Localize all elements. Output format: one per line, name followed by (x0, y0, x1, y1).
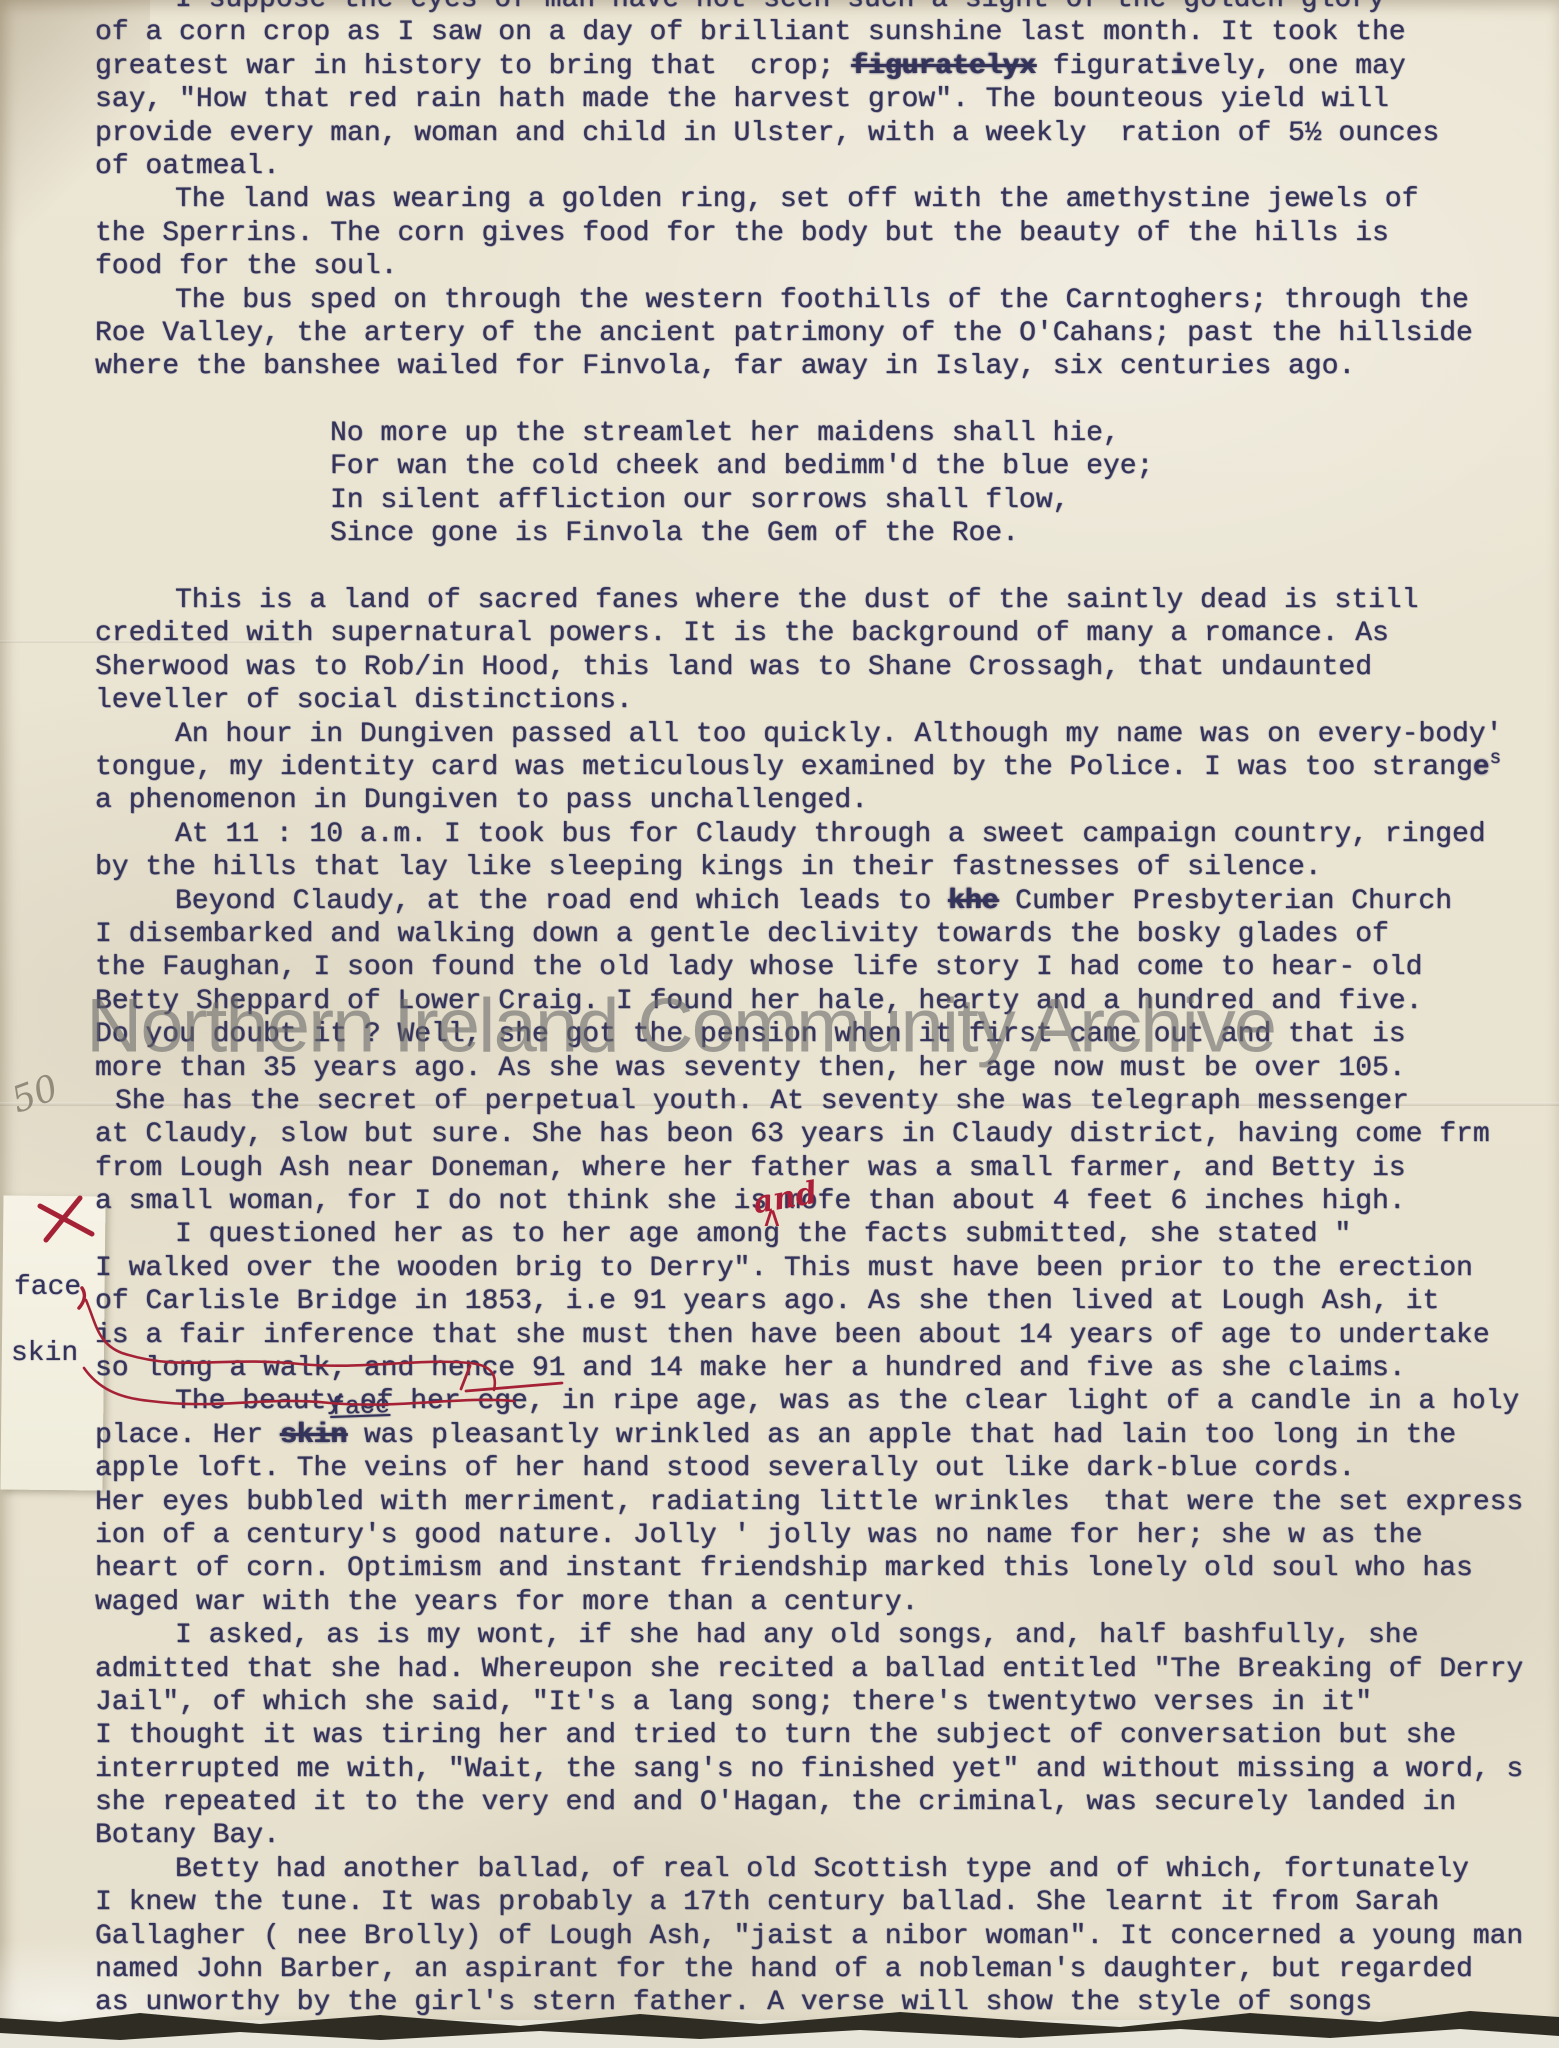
typed-line: Roe Valley, the artery of the ancient pa… (95, 317, 1559, 350)
typed-line: food for the soul. (95, 250, 1559, 283)
typed-text-segment: The bus sped on through the western foot… (175, 285, 1469, 316)
typed-line: apple loft. The veins of her hand stood … (95, 1452, 1559, 1485)
typed-text-segment: Since gone is Finvola the Gem of the Roe… (330, 518, 1019, 549)
typed-text-segment: apple loft. The veins of her hand stood … (95, 1453, 1355, 1484)
typed-line: is a fair inference that she must then h… (95, 1319, 1559, 1352)
typed-line: She has the secret of perpetual youth. A… (95, 1085, 1559, 1118)
typed-text-segment: say, "How that red rain hath made the ha… (95, 84, 1389, 115)
typed-line: by the hills that lay like sleeping king… (95, 851, 1559, 884)
typed-text-segment: ion of a century's good nature. Jolly ' … (95, 1520, 1422, 1551)
typed-line: a small woman, for I do not think she is… (95, 1185, 1559, 1218)
blank-line (95, 384, 1559, 417)
typed-text-segment: ege (477, 1386, 527, 1417)
typed-line: Her eyes bubbled with merriment, radiati… (95, 1486, 1559, 1519)
typed-text-segment: credited with supernatural powers. It is… (95, 618, 1389, 649)
typed-text-segment: was pleasantly wrinkled as an apple that… (347, 1420, 1456, 1451)
typed-text-segment: admitted that she had. Whereupon she rec… (95, 1654, 1523, 1685)
typed-line: credited with supernatural powers. It is… (95, 617, 1559, 650)
typed-text-segment: of Carlisle Bridge in 1853, i.e 91 years… (95, 1286, 1439, 1317)
typed-line: a phenomenon in Dungiven to pass unchall… (95, 784, 1559, 817)
archive-watermark: Northern Ireland Community Archive (86, 981, 1406, 1070)
typed-text-segment: the Sperrins. The corn gives food for th… (95, 218, 1389, 249)
typed-text-segment: In silent affliction our sorrows shall f… (330, 485, 1069, 516)
typed-line: named John Barber, an aspirant for the h… (95, 1953, 1559, 1986)
typed-text-segment: This is a land of sacred fanes where the… (175, 585, 1418, 616)
typed-line: so long a walk, and hence 91 and 14 make… (95, 1352, 1559, 1385)
typed-text-segment: I knew the tune. It was probably a 17th … (95, 1887, 1439, 1918)
typed-text-segment: Roe Valley, the artery of the ancient pa… (95, 318, 1473, 349)
typed-line: Beyond Claudy, at the road end which lea… (95, 885, 1559, 918)
typed-line: I thought it was tiring her and tried to… (95, 1719, 1559, 1752)
margin-note-skin: skin (11, 1338, 78, 1369)
typed-line: The bus sped on through the western foot… (95, 284, 1559, 317)
scanner-background-strip (0, 2020, 1559, 2048)
typed-text-segment: An hour in Dungiven passed all too quick… (175, 719, 1502, 750)
typed-line: say, "How that red rain hath made the ha… (95, 83, 1559, 116)
typed-text-segment: by the hills that lay like sleeping king… (95, 852, 1322, 883)
typed-line: ion of a century's good nature. Jolly ' … (95, 1519, 1559, 1552)
typed-text-segment: s (1490, 747, 1501, 769)
typed-line: where the banshee wailed for Finvola, fa… (95, 350, 1559, 383)
typed-text-segment: figuratelyx (851, 51, 1036, 82)
typed-text-segment: I suppose the eyes of man have not seen … (175, 0, 1385, 15)
typed-text-segment: I walked over the wooden brig to Derry".… (95, 1253, 1473, 1284)
typed-line: Sherwood was to Rob/in Hood, this land w… (95, 651, 1559, 684)
typed-line: place. Her skin was pleasantly wrinkled … (95, 1419, 1559, 1452)
typed-text-segment: The beauty of her (175, 1386, 477, 1417)
typed-line: At 11 : 10 a.m. I took bus for Claudy th… (95, 818, 1559, 851)
margin-note-face: face (14, 1272, 81, 1303)
typed-text-segment: provide every man, woman and child in Ul… (95, 118, 1439, 149)
typed-text-segment: I thought it was tiring her and tried to… (95, 1720, 1456, 1751)
typed-line: No more up the streamlet her maidens sha… (95, 417, 1559, 450)
typed-text-segment: i (1170, 51, 1187, 82)
typed-text-segment: interrupted me with, "Wait, the sang's n… (95, 1754, 1523, 1785)
blank-line (95, 551, 1559, 584)
typed-text-segment: the Faughan, I soon found the old lady w… (95, 952, 1422, 983)
typed-line: she repeated it to the very end and O'Ha… (95, 1786, 1559, 1819)
typed-line: I knew the tune. It was probably a 17th … (95, 1886, 1559, 1919)
typed-text-segment: food for the soul. (95, 251, 397, 282)
typed-text-segment: For wan the cold cheek and bedimm'd the … (330, 451, 1153, 482)
typed-line: tongue, my identity card was meticulousl… (95, 751, 1559, 784)
typed-text-segment: figurat (1036, 51, 1170, 82)
typed-line: This is a land of sacred fanes where the… (95, 584, 1559, 617)
typed-text-segment: Jail", of which she said, "It's a lang s… (95, 1687, 1372, 1718)
typed-text-segment: No more up the streamlet her maidens sha… (330, 418, 1120, 449)
typed-text-segment: tongue, my identity card was meticulousl… (95, 752, 1473, 783)
typed-line: I walked over the wooden brig to Derry".… (95, 1252, 1559, 1285)
typed-line: of a corn crop as I saw on a day of bril… (95, 16, 1559, 49)
typed-text-segment: Botany Bay. (95, 1820, 280, 1851)
typed-text-segment: vely, one may (1187, 51, 1405, 82)
scanned-document-screenshot: I suppose the eyes of man have not seen … (0, 0, 1559, 2048)
typed-line: greatest war in history to bring that cr… (95, 50, 1559, 83)
typed-text-segment: I disembarked and walking down a gentle … (95, 919, 1389, 950)
typed-text-segment: skin (280, 1420, 347, 1451)
typed-line: The land was wearing a golden ring, set … (95, 183, 1559, 216)
typed-line: the Faughan, I soon found the old lady w… (95, 951, 1559, 984)
typed-text-segment: so long a walk, and hence 91 and 14 make… (95, 1353, 1406, 1384)
typed-text-segment: She has the secret of perpetual youth. A… (115, 1086, 1409, 1117)
typed-text-segment: is a fair inference that she must then h… (95, 1320, 1490, 1351)
typed-text-segment: she repeated it to the very end and O'Ha… (95, 1787, 1456, 1818)
typed-text-segment: Beyond Claudy, at the road end which lea… (175, 886, 948, 917)
typed-line: An hour in Dungiven passed all too quick… (95, 718, 1559, 751)
typed-line: I suppose the eyes of man have not seen … (95, 0, 1559, 16)
typed-line: I asked, as is my wont, if she had any o… (95, 1619, 1559, 1652)
typed-line: the Sperrins. The corn gives food for th… (95, 217, 1559, 250)
typed-text-segment: place. Her (95, 1420, 280, 1451)
typed-correction-face: face (330, 1391, 391, 1422)
typed-line: at Claudy, slow but sure. She has beon 6… (95, 1118, 1559, 1151)
typed-text-segment: a phenomenon in Dungiven to pass unchall… (95, 785, 868, 816)
typed-line: Jail", of which she said, "It's a lang s… (95, 1686, 1559, 1719)
typed-text-segment: from Lough Ash near Doneman, where her f… (95, 1153, 1406, 1184)
typed-text-segment: of oatmeal. (95, 151, 280, 182)
typed-text-segment: as unworthy by the girl's stern father. … (95, 1987, 1372, 2018)
typed-line: In silent affliction our sorrows shall f… (95, 484, 1559, 517)
typed-text-segment: khe (948, 886, 998, 917)
typed-text-segment: Her eyes bubbled with merriment, radiati… (95, 1487, 1523, 1518)
typed-text-segment: named John Barber, an aspirant for the h… (95, 1954, 1473, 1985)
typed-text-segment: The land was wearing a golden ring, set … (175, 184, 1418, 215)
typed-text-segment: I asked, as is my wont, if she had any o… (175, 1620, 1418, 1651)
typed-text-segment: e (1473, 752, 1490, 783)
typed-text-segment: leveller of social distinctions. (95, 685, 633, 716)
typed-line: provide every man, woman and child in Ul… (95, 117, 1559, 150)
typed-text-segment: greatest war in history to bring that cr… (95, 51, 851, 82)
typed-text-segment: of a corn crop as I saw on a day of bril… (95, 17, 1406, 48)
typed-line: Gallagher ( nee Brolly) of Lough Ash, "j… (95, 1920, 1559, 1953)
typed-text-segment: , in ripe age, was as the clear light of… (528, 1386, 1519, 1417)
typed-line: admitted that she had. Whereupon she rec… (95, 1653, 1559, 1686)
typed-line: of oatmeal. (95, 150, 1559, 183)
typed-text-segment: Sherwood was to Rob/in Hood, this land w… (95, 652, 1372, 683)
typed-line: I disembarked and walking down a gentle … (95, 918, 1559, 951)
red-ink-caret: ^ (764, 1207, 780, 1248)
typed-text-segment: At 11 : 10 a.m. I took bus for Claudy th… (175, 819, 1486, 850)
typed-line: I questioned her as to her age among the… (95, 1218, 1559, 1251)
typed-text-segment: at Claudy, slow but sure. She has beon 6… (95, 1119, 1490, 1150)
typed-text-segment: waged war with the years for more than a… (95, 1587, 918, 1618)
typed-line: waged war with the years for more than a… (95, 1586, 1559, 1619)
typed-line: from Lough Ash near Doneman, where her f… (95, 1152, 1559, 1185)
typed-line: leveller of social distinctions. (95, 684, 1559, 717)
typed-text-segment: where the banshee wailed for Finvola, fa… (95, 351, 1355, 382)
typed-text-segment: Betty had another ballad, of real old Sc… (175, 1854, 1469, 1885)
typed-line: Botany Bay. (95, 1819, 1559, 1852)
typed-line: Betty had another ballad, of real old Sc… (95, 1853, 1559, 1886)
typed-line: as unworthy by the girl's stern father. … (95, 1986, 1559, 2019)
typed-text-segment: heart of corn. Optimism and instant frie… (95, 1553, 1473, 1584)
typed-line: interrupted me with, "Wait, the sang's n… (95, 1753, 1559, 1786)
typed-text-segment: Cumber Presbyterian Church (998, 886, 1452, 917)
typed-line: of Carlisle Bridge in 1853, i.e 91 years… (95, 1285, 1559, 1318)
typed-line: heart of corn. Optimism and instant frie… (95, 1552, 1559, 1585)
typed-line: The beauty of her ege, in ripe age, was … (95, 1385, 1559, 1418)
typed-line: For wan the cold cheek and bedimm'd the … (95, 450, 1559, 483)
typed-text-segment: Gallagher ( nee Brolly) of Lough Ash, "j… (95, 1921, 1523, 1952)
typed-line: Since gone is Finvola the Gem of the Roe… (95, 517, 1559, 550)
